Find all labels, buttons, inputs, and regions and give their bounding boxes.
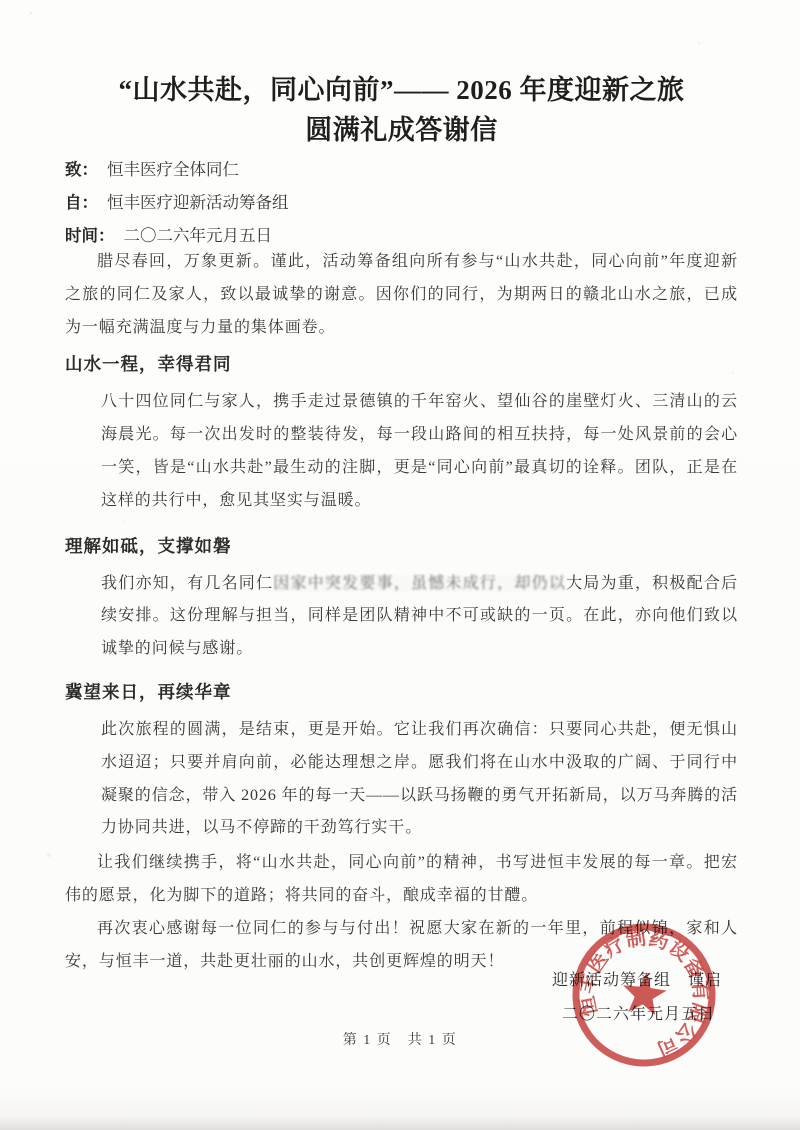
seal-star-icon <box>620 970 669 1017</box>
scan-edge-shadow <box>0 1116 800 1130</box>
letter-content: “山水共赴，同心向前”—— 2026 年度迎新之旅 圆满礼成答谢信 致：恒丰医疗… <box>0 0 800 978</box>
meta-label-to: 致： <box>65 160 98 179</box>
section-paragraph-2: 我们亦知，有几名同仁因家中突发要事，虽憾未成行，却仍以大局为重，积极配合后续安排… <box>101 568 738 666</box>
meta-row-to: 致：恒丰医疗全体同仁 <box>65 153 738 186</box>
company-seal-graphic: 恒丰医疗制药设备有限公司 <box>544 895 744 1095</box>
meta-label-date: 时间： <box>65 226 115 245</box>
section-paragraph-3: 此次旅程的圆满，是结束，更是开始。它让我们再次确信：只要同心共赴，便无惧山水迢迢… <box>101 714 738 845</box>
intro-paragraph: 腊尽春回，万象更新。谨此，活动筹备组向所有参与“山水共赴，同心向前”年度迎新之旅… <box>65 246 738 344</box>
meta-value-date: 二〇二六年元月五日 <box>124 226 273 245</box>
section-heading-3: 冀望来日，再续华章 <box>65 678 738 706</box>
section-heading-1: 山水一程，幸得君同 <box>65 350 738 378</box>
company-seal: 恒丰医疗制药设备有限公司 <box>544 895 744 1095</box>
title-line-2: 圆满礼成答谢信 <box>65 110 738 150</box>
title-line-1: “山水共赴，同心向前”—— 2026 年度迎新之旅 <box>65 70 738 110</box>
page-footer: 第 1 页 共 1 页 <box>0 1029 800 1049</box>
section-2-text-pre: 我们亦知，有几名同仁 <box>101 575 273 592</box>
section-2-smudged-text: 因家中突发要事，虽憾未成行，却仍以 <box>273 575 566 592</box>
meta-value-from: 恒丰医疗迎新活动筹备组 <box>107 193 289 212</box>
section-heading-2: 理解如砥，支撑如磐 <box>65 532 738 560</box>
meta-value-to: 恒丰医疗全体同仁 <box>107 160 239 179</box>
letter-page: “山水共赴，同心向前”—— 2026 年度迎新之旅 圆满礼成答谢信 致：恒丰医疗… <box>0 0 800 1130</box>
meta-label-from: 自： <box>65 193 98 212</box>
meta-row-from: 自：恒丰医疗迎新活动筹备组 <box>65 186 738 219</box>
section-paragraph-1: 八十四位同仁与家人，携手走过景德镇的千年窑火、望仙谷的崖壁灯火、三清山的云海晨光… <box>101 386 738 517</box>
meta-block: 致：恒丰医疗全体同仁 自：恒丰医疗迎新活动筹备组 时间：二〇二六年元月五日 <box>65 153 738 252</box>
letter-title: “山水共赴，同心向前”—— 2026 年度迎新之旅 圆满礼成答谢信 <box>65 70 738 150</box>
